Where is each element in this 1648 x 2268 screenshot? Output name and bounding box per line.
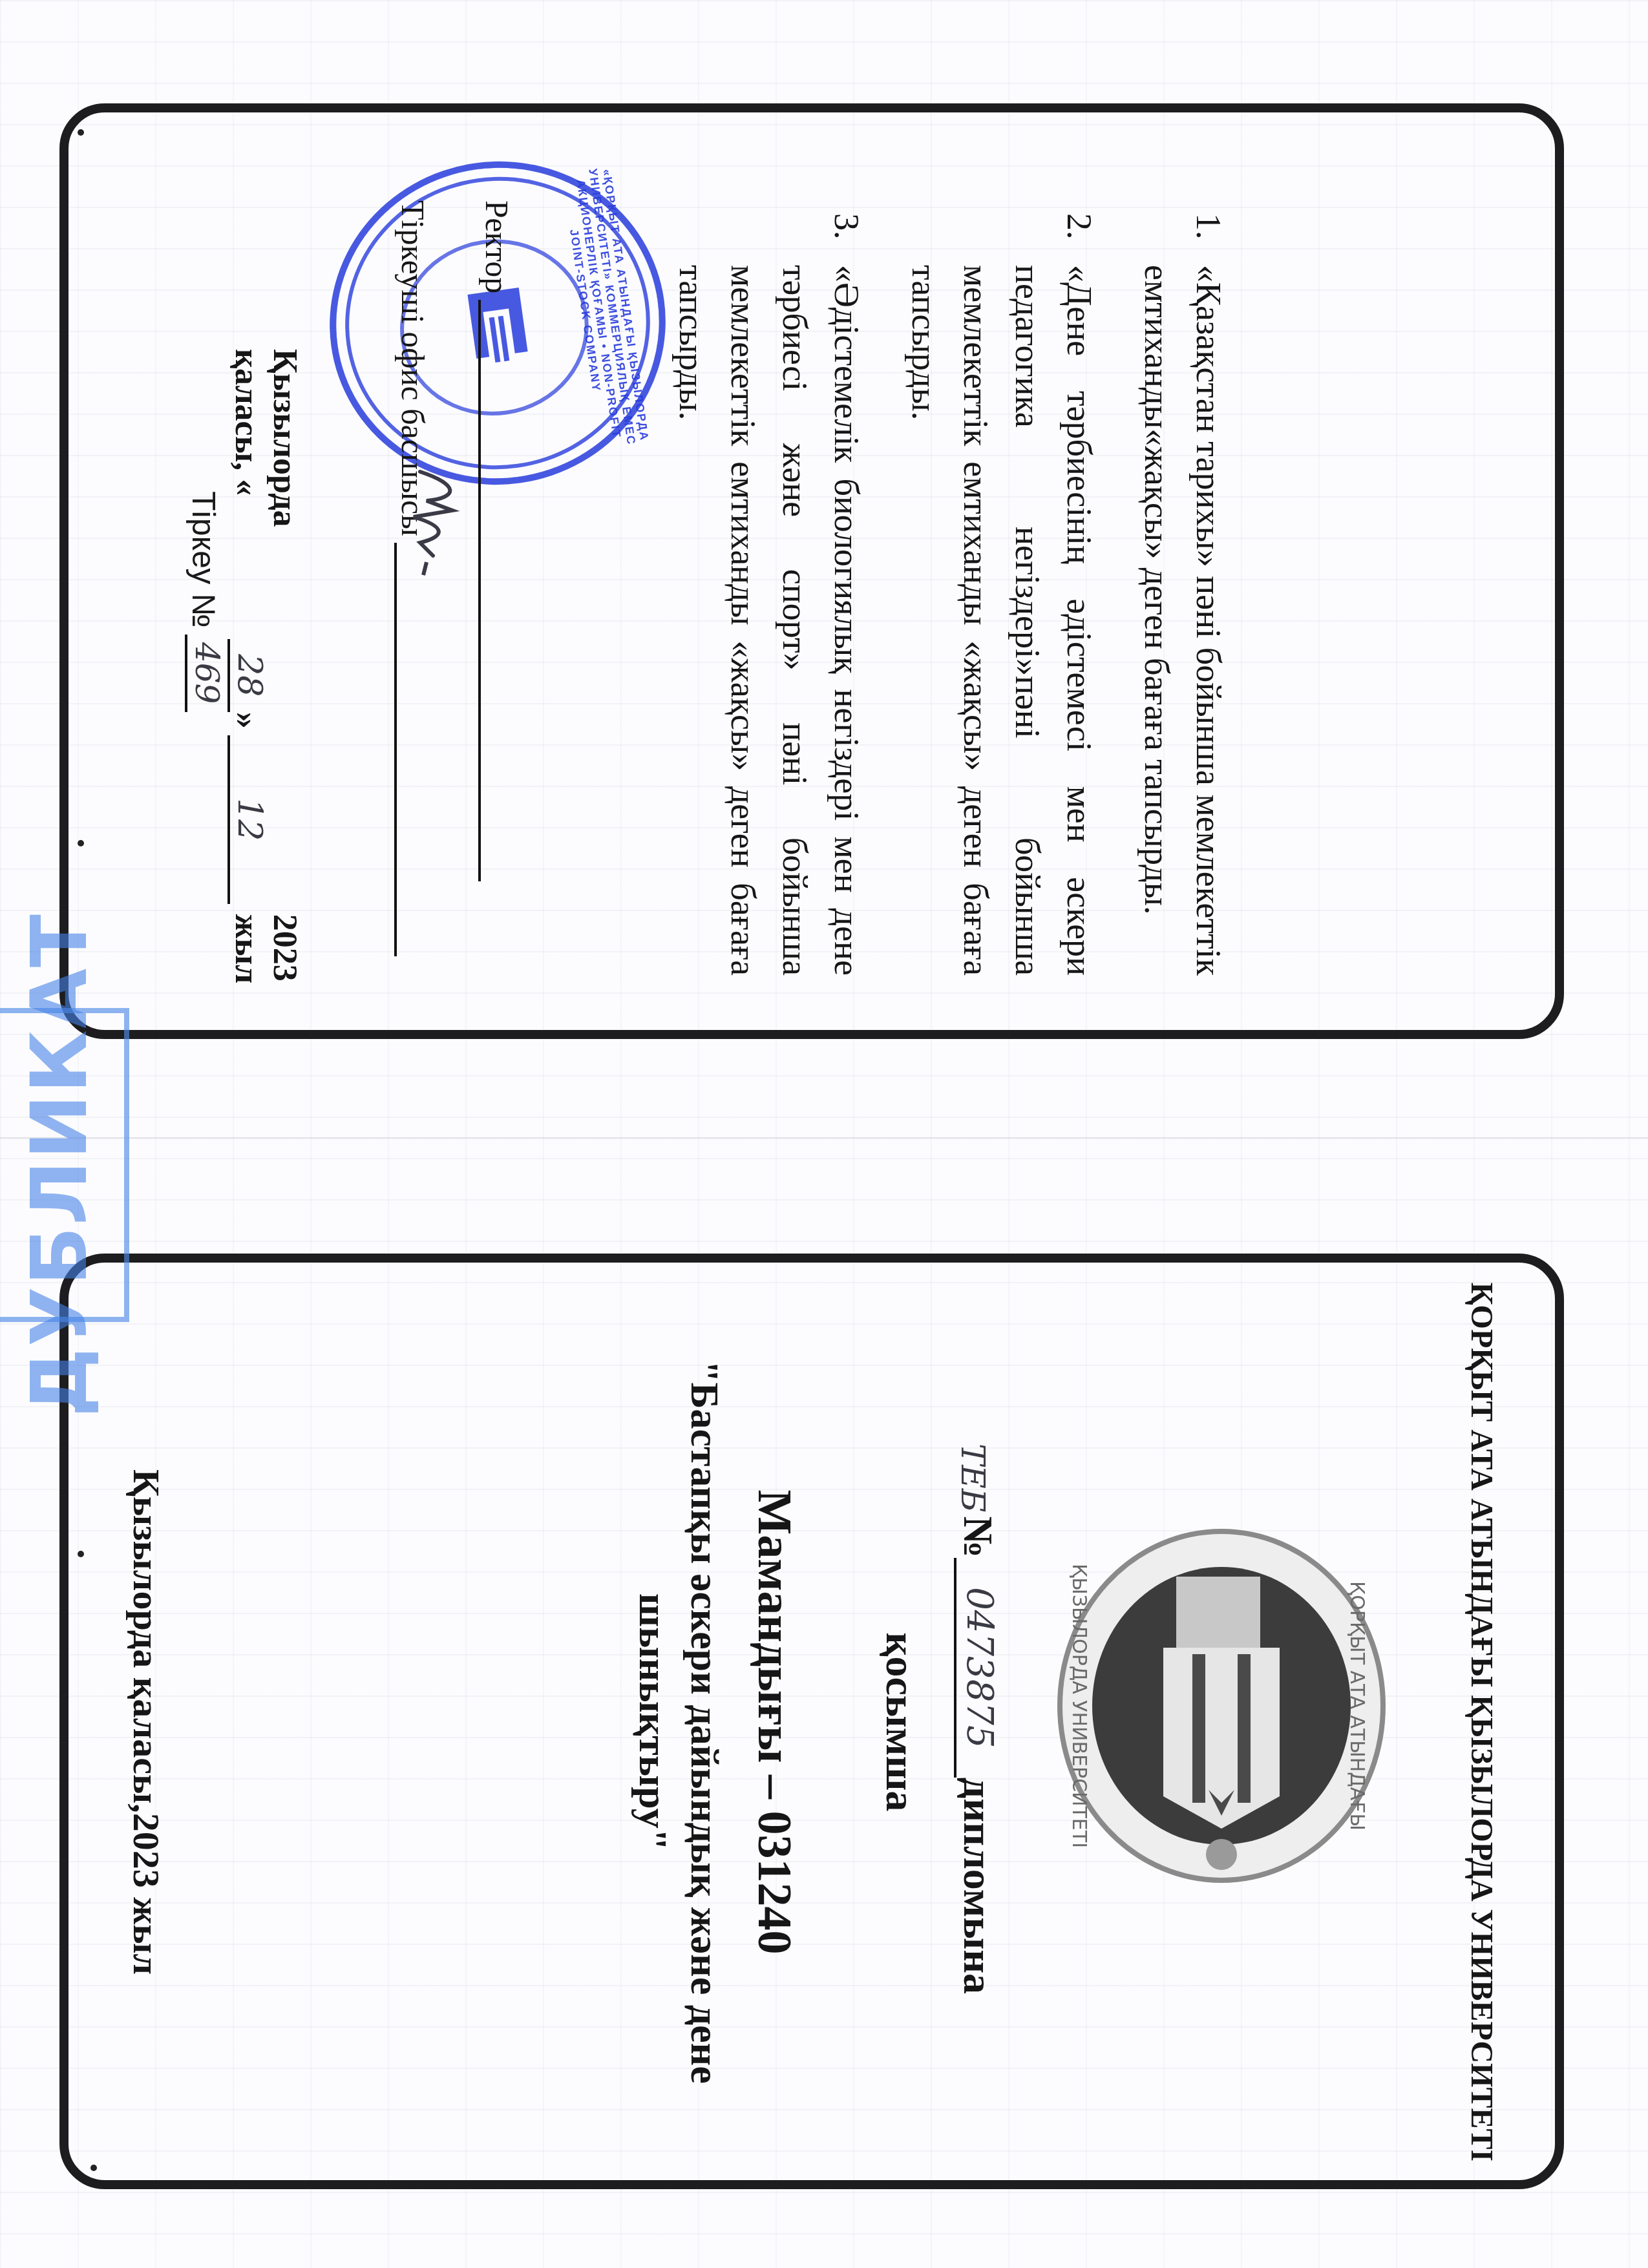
scan-speck: [78, 1551, 84, 1557]
diploma-number-line: ТЕБ № 0473875 дипломына: [954, 1344, 1002, 2094]
specialty-name: "Бастапқы әскери дайындық және дене шыны…: [627, 1318, 730, 2126]
exam-result-item: 3. «Әдістемелік биологиялық негіздері ме…: [666, 213, 872, 976]
date-year: 2023 жыл: [227, 914, 304, 1040]
registration-number: Тіркеу № 469: [185, 491, 226, 712]
scan-speck: [78, 129, 84, 136]
svg-text:ҚЫЗЫЛОРДА УНИВЕРСИТЕТІ: ҚЫЗЫЛОРДА УНИВЕРСИТЕТІ: [1068, 1564, 1090, 1848]
item-number: 3.: [666, 213, 872, 265]
item-number: 1.: [1131, 213, 1234, 265]
diploma-no-label: №: [954, 1517, 1002, 1558]
university-emblem-icon: ҚОРҚЫТ АТА АТЫНДАҒЫ ҚЫЗЫЛОРДА УНИВЕРСИТЕ…: [1053, 1525, 1389, 1887]
city-and-year: Қызылорда қаласы,2023 жыл: [125, 1254, 168, 2190]
city-prefix: Қызылорда қаласы, «: [227, 349, 304, 639]
date-day: 28: [227, 639, 269, 712]
results-page: 1. «Қазақстан тарихы» пәні бойынша мемле…: [0, 103, 1648, 1040]
item-text: «Дене тәрбиесінің әдістемесі мен әскери …: [898, 265, 1105, 976]
rector-signature-row: Ректор: [478, 200, 536, 976]
diploma-number: 0473875: [954, 1558, 1002, 1778]
diploma-suffix: дипломына: [954, 1778, 1002, 1994]
date-month: 12: [227, 735, 269, 904]
specialty-code: Мамандығы – 031240: [746, 1254, 801, 2190]
scan-speck: [90, 2165, 97, 2171]
item-number: 2.: [898, 213, 1105, 265]
item-text: «Қазақстан тарихы» пәні бойынша мемлекет…: [1131, 265, 1234, 976]
diploma-series: ТЕБ: [954, 1444, 991, 1513]
registration-label: Тіркеу №: [185, 491, 222, 628]
exam-result-item: 1. «Қазақстан тарихы» пәні бойынша мемле…: [1131, 213, 1234, 976]
exam-results-list: 1. «Қазақстан тарихы» пәні бойынша мемле…: [666, 213, 1234, 976]
title-page: ДУБЛИКАТ ҚОРҚЫТ АТА АТЫНДАҒЫ ҚЫЗЫЛОРДА У…: [0, 1254, 1648, 2190]
item-text: «Әдістемелік биологиялық негіздері мен д…: [666, 265, 872, 976]
handwritten-signature-icon: [394, 465, 472, 633]
svg-text:ҚОРҚЫТ АТА АТЫНДАҒЫ: ҚОРҚЫТ АТА АТЫНДАҒЫ: [1346, 1581, 1368, 1831]
issue-date: Қызылорда қаласы, « 28 » 12 2023 жыл: [227, 349, 304, 1040]
page-fold-line: [0, 1137, 1648, 1139]
date-close-quote: »: [227, 712, 266, 729]
rector-signature-line: [478, 300, 513, 881]
supplement-label: қосымша: [876, 1254, 924, 2190]
registration-value: 469: [185, 635, 226, 712]
rector-label: Ректор: [478, 200, 516, 293]
exam-result-item: 2. «Дене тәрбиесінің әдістемесі мен әске…: [898, 213, 1105, 976]
duplicate-stamp: ДУБЛИКАТ: [0, 1008, 129, 1322]
scanned-document-spread: 1. «Қазақстан тарихы» пәні бойынша мемле…: [0, 0, 1648, 2268]
scan-speck: [78, 840, 84, 846]
university-name: ҚОРҚЫТ АТА АТЫНДАҒЫ ҚЫЗЫЛОРДА УНИВЕРСИТЕ…: [1464, 1254, 1499, 2190]
